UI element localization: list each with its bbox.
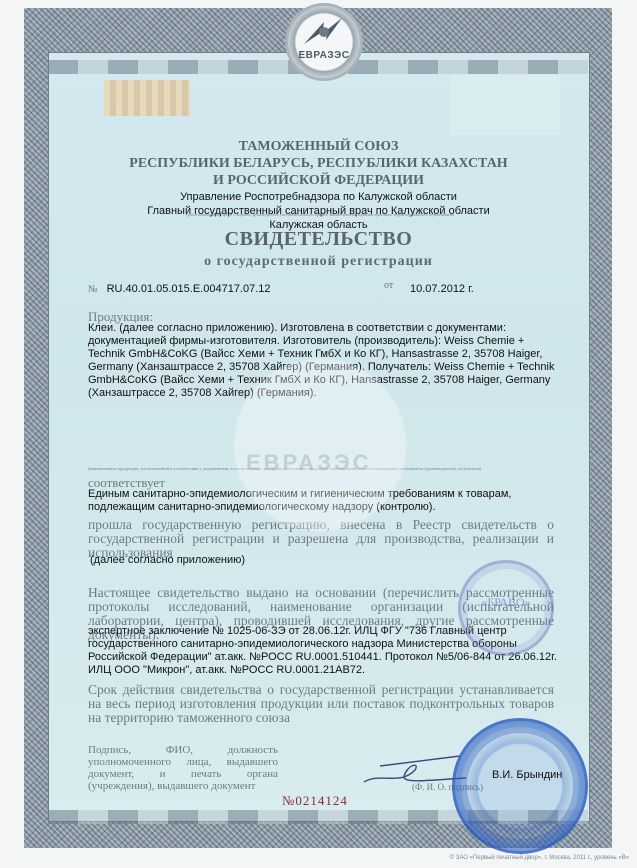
registration-note: (далее согласно приложению) [90, 554, 245, 567]
serial-number: №0214124 [282, 793, 348, 809]
lab-stamp-text: «БРАВО» [461, 595, 551, 610]
authority-fine-print: (уполномоченный орган Стороны, руководит… [120, 212, 520, 217]
evrazes-watermark [220, 345, 420, 545]
document-subtitle: о государственной регистрации [0, 254, 637, 270]
watermark-text: ЕВРАЗЭС [246, 450, 372, 476]
registration-number: RU.40.01.05.015.Е.004717.07.12 [107, 283, 271, 295]
signer-name: В.И. Брындин [492, 769, 562, 781]
authority-header: Управление Роспотребнадзора по Калужской… [0, 190, 637, 232]
date-label: от [384, 280, 393, 291]
lab-stamp: «БРАВО» [458, 560, 554, 656]
registration-row: № RU.40.01.05.015.Е.004717.07.12 от 10.0… [88, 283, 548, 295]
union-line: ТАМОЖЕННЫЙ СОЮЗ [0, 138, 637, 155]
union-header: ТАМОЖЕННЫЙ СОЮЗ РЕСПУБЛИКИ БЕЛАРУСЬ, РЕС… [0, 138, 637, 189]
document-title: СВИДЕТЕЛЬСТВО [0, 228, 637, 251]
official-seal [452, 718, 588, 854]
union-line: РЕСПУБЛИКИ БЕЛАРУСЬ, РЕСПУБЛИКИ КАЗАХСТА… [0, 155, 637, 172]
number-label: № [88, 284, 98, 295]
union-line: И РОССИЙСКОЙ ФЕДЕРАЦИИ [0, 172, 637, 189]
registration-date: 10.07.2012 г. [410, 283, 474, 295]
validity-text: Срок действия свидетельства о государств… [88, 683, 554, 725]
signature-label: Подпись, ФИО, должность уполномоченного … [88, 744, 278, 792]
authority-line: Управление Роспотребнадзора по Калужской… [0, 190, 637, 204]
